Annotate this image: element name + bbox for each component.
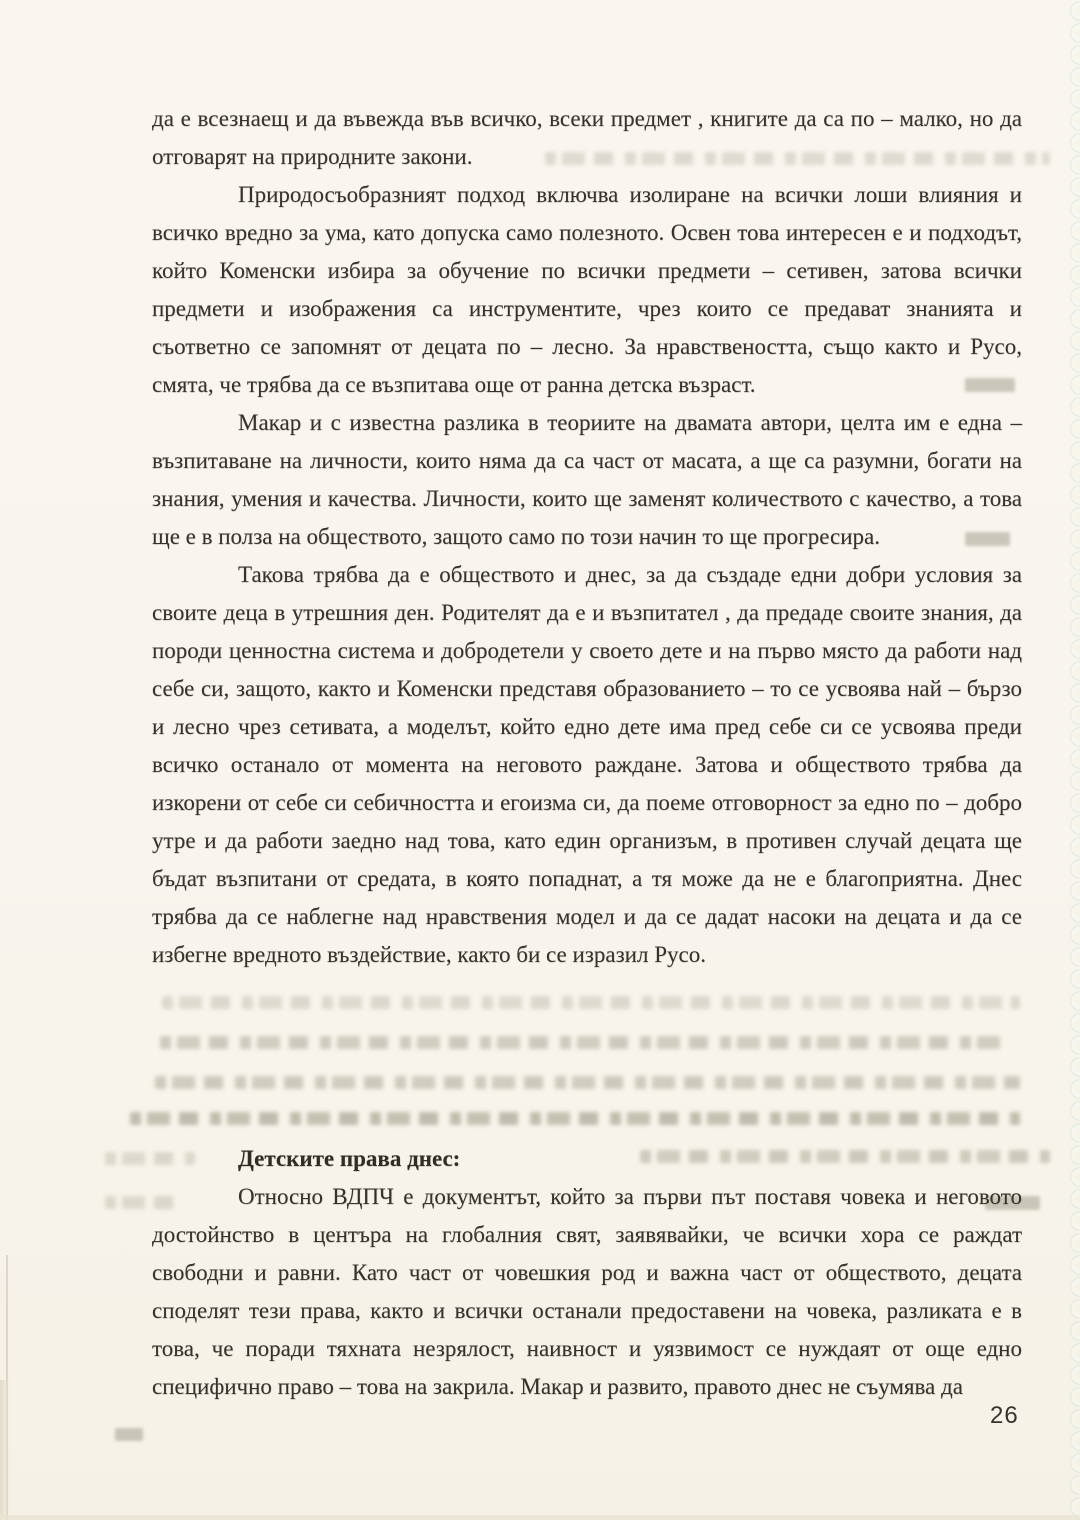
text-column: да е всезнаещ и да въвежда във всичко, в… xyxy=(152,100,1022,1406)
scanned-page: да е всезнаещ и да въвежда във всичко, в… xyxy=(0,0,1080,1520)
section-heading: Детските права днес: xyxy=(152,1140,1022,1178)
scan-edge-shadow xyxy=(0,1515,1080,1520)
body-paragraph: Относно ВДПЧ е документът, който за първ… xyxy=(152,1178,1022,1406)
scan-edge-shadow xyxy=(0,1380,10,1520)
body-paragraph: Природосъобразният подход включва изолир… xyxy=(152,176,1022,404)
body-paragraph: да е всезнаещ и да въвежда във всичко, в… xyxy=(152,100,1022,176)
binding-edge-pattern xyxy=(1058,0,1080,1520)
page-number: 26 xyxy=(990,1402,1036,1430)
body-paragraph: Такова трябва да е обществото и днес, за… xyxy=(152,556,1022,974)
bleed-through-page-number xyxy=(115,1428,143,1441)
body-paragraph: Макар и с известна разлика в теориите на… xyxy=(152,404,1022,556)
